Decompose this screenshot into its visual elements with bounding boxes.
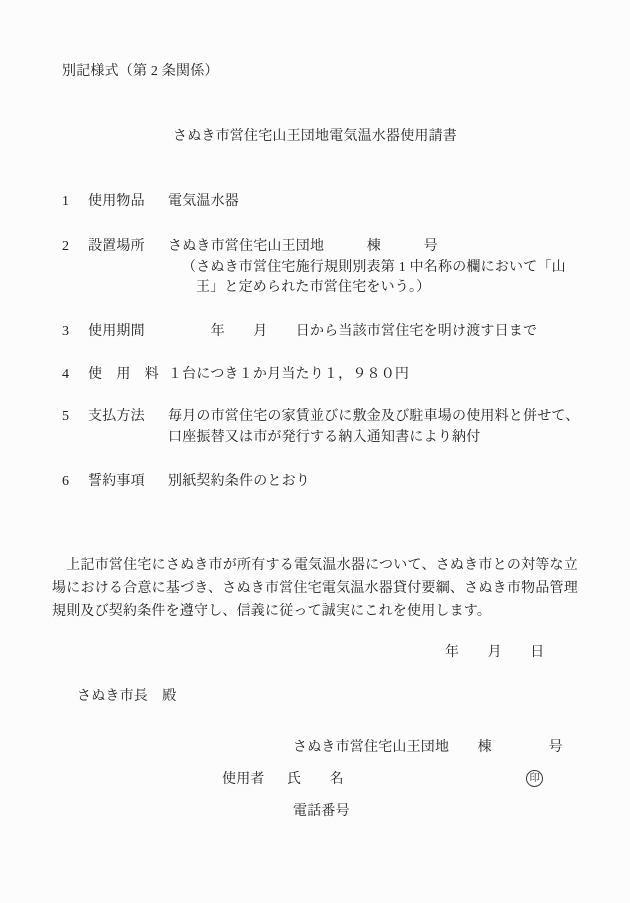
item-number: 6 [62,472,69,492]
phone-label: 電話番号 [293,802,350,822]
item-content: 毎月の市営住宅の家賃並びに敷金及び駐車場の使用料と併せて、 [168,407,580,427]
name-label: 氏 名 [287,770,344,790]
item-number: 1 [62,192,69,212]
item-installation-note-line2: 王」と定められた市営住宅をいう。） [196,278,430,298]
item-content: １台につき１か月当たり１，９８０円 [168,365,409,385]
signer-address-line: さぬき市営住宅山王団地 棟 号 [293,738,563,758]
user-label: 使用者 [222,770,265,790]
document-page: 別記様式（第 2 条関係） さぬき市営住宅山王団地電気温水器使用請書 1 使用物… [0,0,630,903]
pledge-paragraph: 上記市営住宅にさぬき市が所有する電気温水器について、さぬき市との対等な立場におけ… [52,554,578,623]
item-label: 誓約事項 [88,472,145,492]
item-installation-place: 2 設置場所 さぬき市営住宅山王団地 棟 号 [0,237,630,257]
form-style-note: 別記様式（第 2 条関係） [62,62,219,82]
item-label: 設置場所 [88,237,145,257]
item-content: 別紙契約条件のとおり [168,472,310,492]
item-number: 5 [62,407,69,427]
item-pledge-terms: 6 誓約事項 別紙契約条件のとおり [0,472,630,492]
item-number: 3 [62,322,69,342]
item-usage-period: 3 使用期間 年 月 日から当該市営住宅を明け渡す日まで [0,322,630,342]
item-installation-note-line1: （さぬき市営住宅施行規則別表第 1 中名称の欄において「山 [182,258,566,278]
item-number: 2 [62,237,69,257]
item-content: さぬき市営住宅山王団地 棟 号 [168,237,438,257]
date-blank-line: 年 月 日 [445,643,544,663]
item-number: 4 [62,365,69,385]
item-usage-fee: 4 使 用 料 １台につき１か月当たり１，９８０円 [0,365,630,385]
item-payment-method: 5 支払方法 毎月の市営住宅の家賃並びに敷金及び駐車場の使用料と併せて、 [0,407,630,427]
item-used-goods: 1 使用物品 電気温水器 [0,192,630,212]
item-label: 支払方法 [88,407,145,427]
item-label: 使用物品 [88,192,145,212]
item-content: 年 月 日から当該市営住宅を明け渡す日まで [168,322,537,342]
item-label: 使 用 料 [88,365,159,385]
document-title: さぬき市営住宅山王団地電気温水器使用請書 [0,127,630,147]
seal-mark-icon: 印 [526,770,543,787]
addressee-mayor: さぬき市長 殿 [77,687,176,707]
item-payment-method-line2: 口座振替又は市が発行する納入通知書により納付 [168,428,480,448]
item-content: 電気温水器 [168,192,239,212]
item-label: 使用期間 [88,322,145,342]
